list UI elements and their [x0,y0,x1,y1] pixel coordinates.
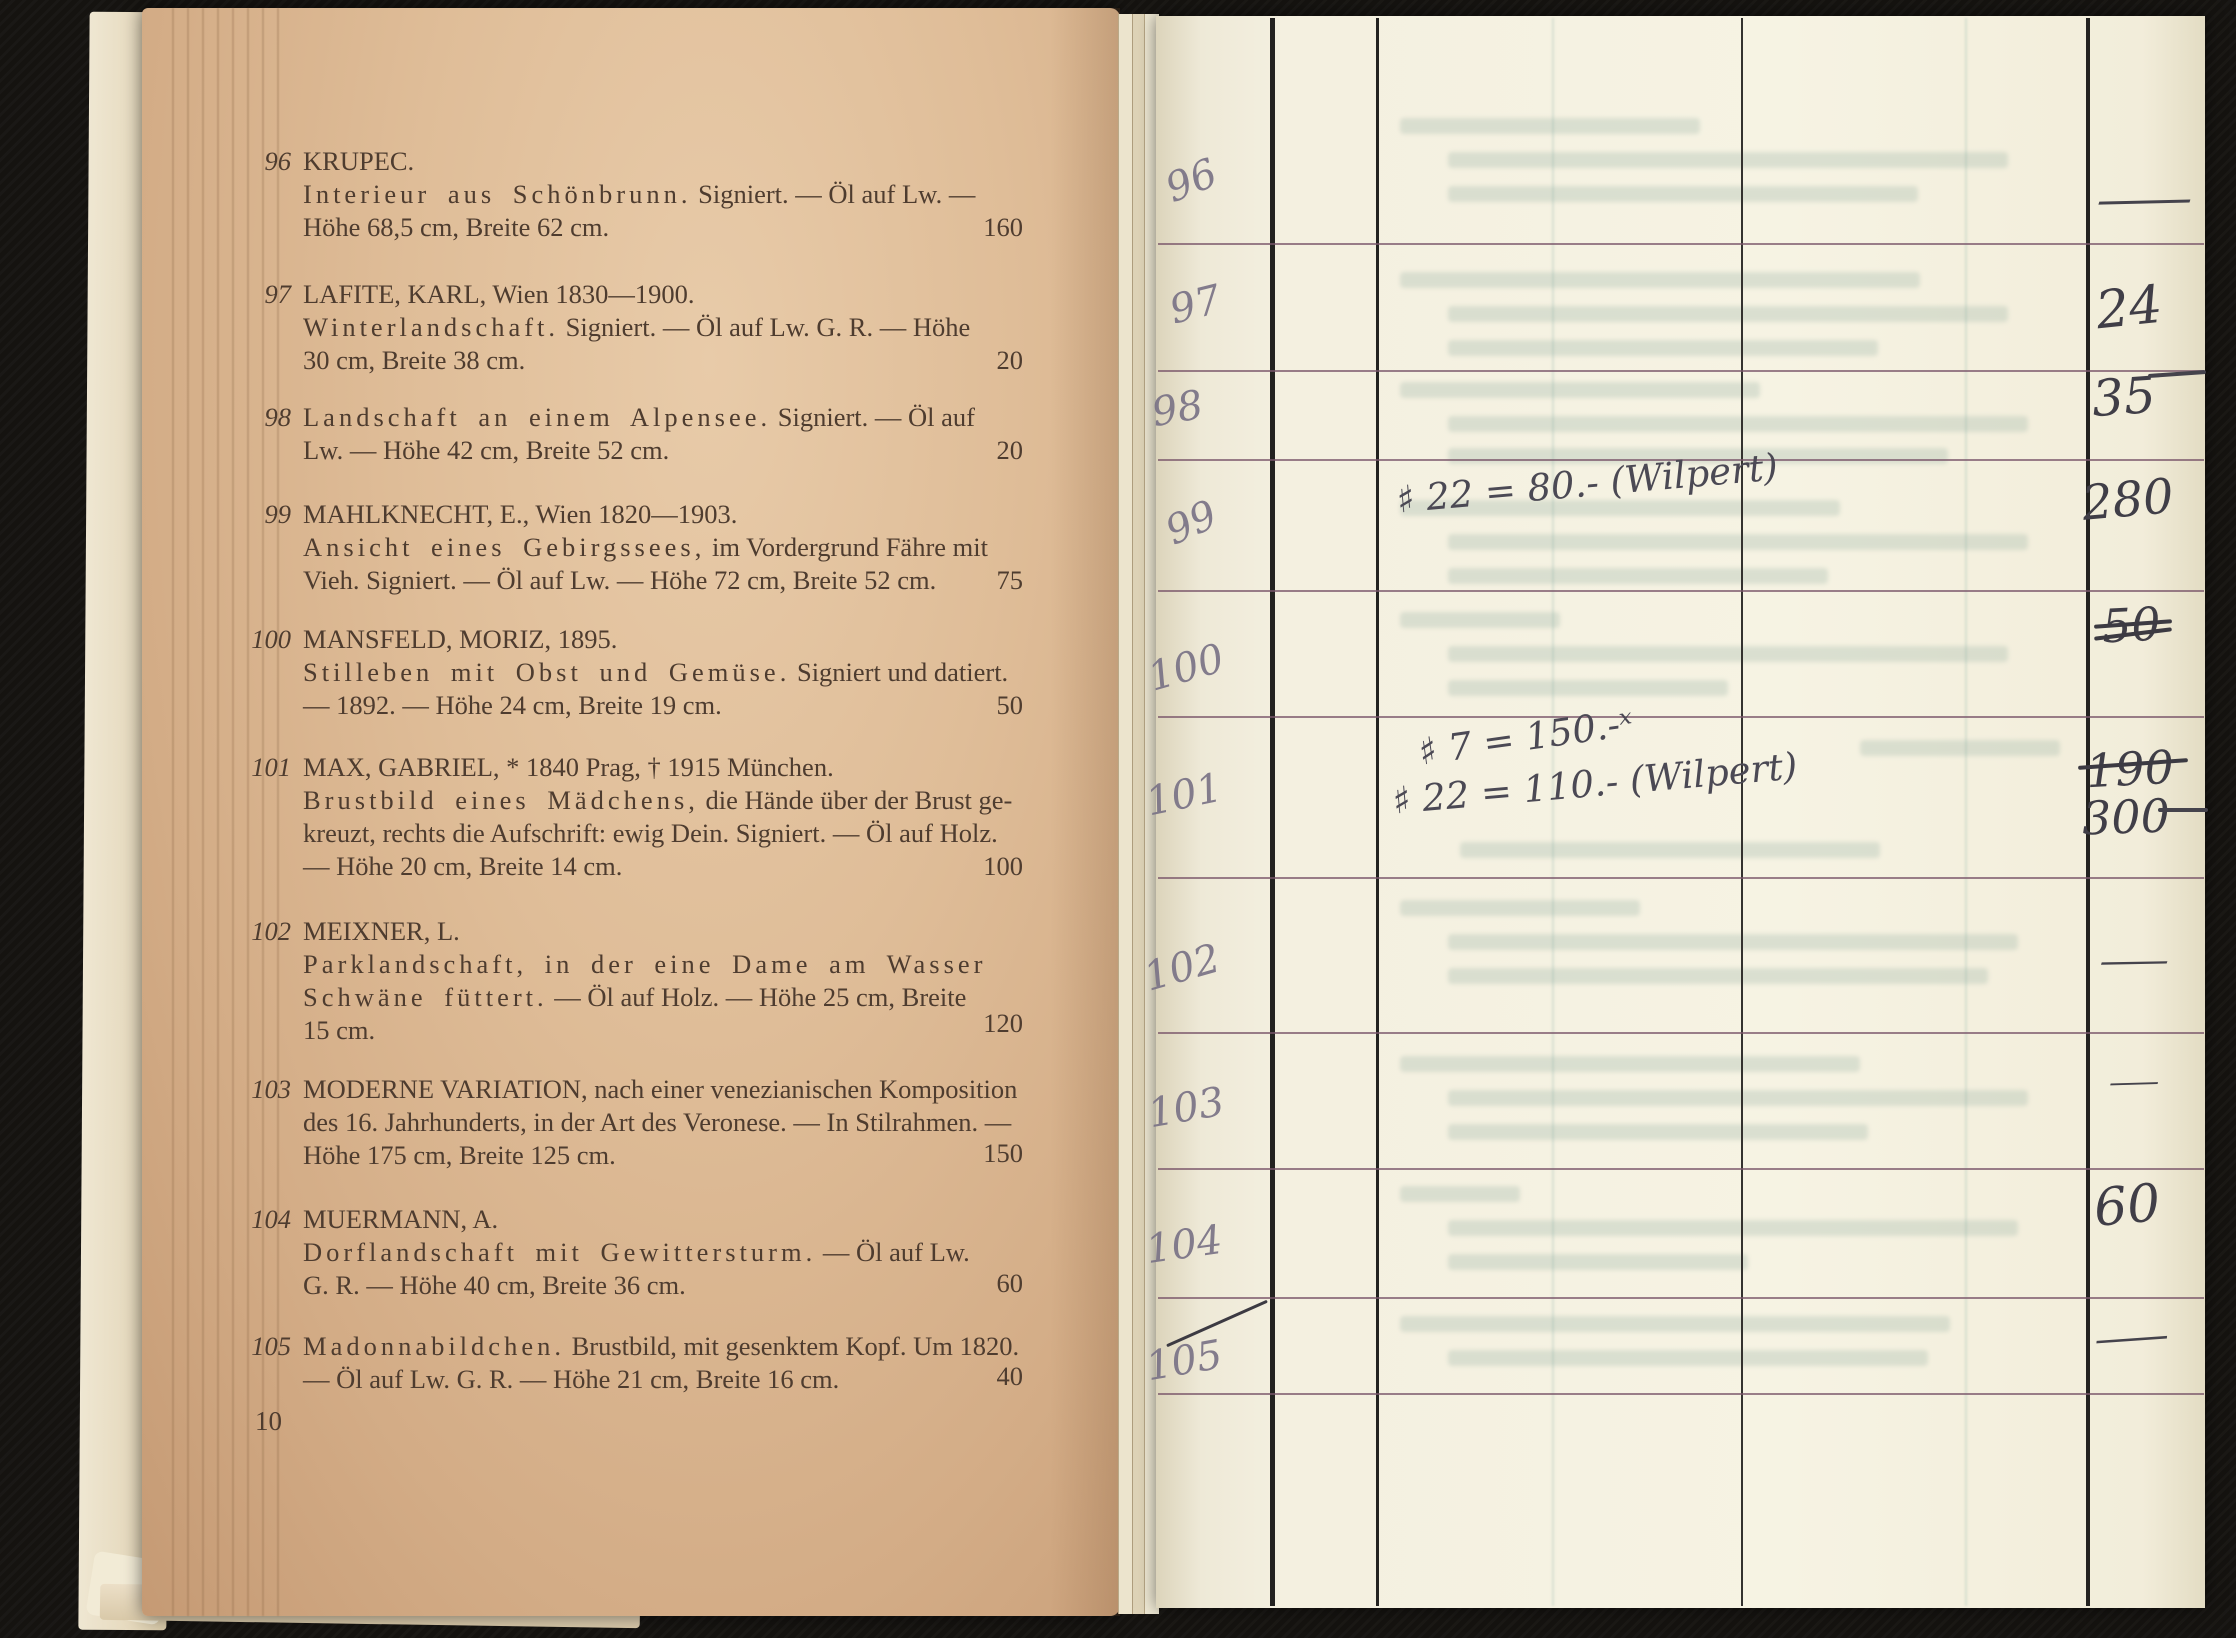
ghost-text-line [1448,534,2028,550]
estimate-price: 20 [997,434,1024,467]
lot-number: 96 [245,145,291,178]
gutter-shadow [1050,8,1120,1616]
catalog-entry-103: 103 MODERNE VARIATION, nach einer venezi… [245,1073,1023,1172]
estimate-price: 60 [997,1267,1024,1300]
ledger-row-rule [1158,716,2204,718]
estimate-price: 40 [997,1360,1024,1393]
entry-line: Höhe 68,5 cm, Breite 62 cm. [303,211,1023,244]
ghost-text-line [1448,340,1878,356]
handwritten-lot-98: 98 [1148,382,1206,436]
page-number: 10 [255,1406,282,1437]
ghost-text-line [1400,1316,1950,1332]
ghost-text-line [1448,1090,2028,1106]
ledger-row-rule [1158,1393,2204,1395]
handwritten-result-101: 300 [2081,788,2171,845]
entry-line: 15 cm. [303,1014,1023,1047]
handwritten-result-104: 60 [2092,1173,2163,1239]
entry-heading: MAHLKNECHT, E., Wien 1820—1903. [303,498,1023,531]
estimate-price: 100 [983,850,1023,883]
ghost-text-line [1400,1056,1860,1072]
entry-heading: MAX, GABRIEL, * 1840 Prag, † 1915 Münche… [303,751,1023,784]
estimate-price: 120 [983,1007,1023,1040]
entry-heading: LAFITE, KARL, Wien 1830—1900. [303,278,1023,311]
ghost-text-line [1400,272,1920,288]
ledger-row-rule [1158,243,2204,245]
handwritten-result-99: 280 [2080,468,2176,532]
ghost-text-line [1448,568,1828,584]
lot-number: 101 [245,751,291,784]
lot-number: 103 [245,1073,291,1106]
ledger-page [1156,16,2205,1608]
ghost-text-line [1448,1124,1868,1140]
catalog-entry-101: 101 MAX, GABRIEL, * 1840 Prag, † 1915 Mü… [245,751,1023,883]
catalog-entry-104: 104 MUERMANN, A. Dorflandschaft mit Gewi… [245,1203,1023,1302]
ghost-text-line [1400,118,1700,134]
lot-number: 105 [245,1330,291,1363]
ghost-text-line [1448,646,2008,662]
entry-line: Schwäne füttert. — Öl auf Holz. — Höhe 2… [303,981,1023,1014]
ghost-rule-vertical [1552,18,1554,1606]
ghost-text-line [1448,306,2008,322]
entry-line: Dorflandschaft mit Gewittersturm. — Öl a… [303,1236,1023,1269]
ghost-text-line [1860,740,2060,756]
ghost-text-line [1400,900,1640,916]
ghost-text-line [1448,968,1988,984]
entry-line: Landschaft an einem Alpensee. Signiert. … [303,401,1023,434]
estimate-price: 75 [997,564,1024,597]
entry-line: Madonnabildchen. Brustbild, mit gesenkte… [303,1330,1023,1363]
lot-number: 97 [245,278,291,311]
entry-line: kreuzt, rechts die Aufschrift: ewig Dein… [303,817,1023,850]
lot-number: 102 [245,915,291,948]
entry-line: Vieh. Signiert. — Öl auf Lw. — Höhe 72 c… [303,564,1023,597]
ledger-row-rule [1158,370,2204,372]
handwritten-result-96-dash: — [2091,171,2197,226]
entry-line: des 16. Jahrhunderts, in der Art des Ver… [303,1106,1023,1139]
ghost-text-line [1400,1186,1520,1202]
ghost-text-line [1400,382,1760,398]
ledger-row-rule [1158,1297,2204,1299]
ledger-column-rule [1741,18,1743,1606]
entry-line: Interieur aus Schönbrunn. Signiert. — Öl… [303,178,1023,211]
ghost-text-line [1448,416,2028,432]
lot-number: 98 [245,401,291,434]
book-scan: 96 KRUPEC. Interieur aus Schönbrunn. Sig… [0,0,2236,1638]
catalog-entry-98: 98 Landschaft an einem Alpensee. Signier… [245,401,1023,467]
entry-line: Brustbild eines Mädchens, die Hände über… [303,784,1023,817]
ghost-text-line [1448,934,2018,950]
ghost-text-line [1448,680,1728,696]
estimate-price: 150 [983,1137,1023,1170]
pen-flourish [2158,808,2208,812]
catalog-entry-102: 102 MEIXNER, L. Parklandschaft, in der e… [245,915,1023,1047]
entry-line: — Öl auf Lw. G. R. — Höhe 21 cm, Breite … [303,1363,1023,1396]
ghost-rule-vertical [1965,18,1967,1606]
catalog-entry-96: 96 KRUPEC. Interieur aus Schönbrunn. Sig… [245,145,1023,244]
lot-number: 100 [245,623,291,656]
ghost-text-line [1400,612,1560,628]
ledger-row-rule [1158,1032,2204,1034]
entry-line: 30 cm, Breite 38 cm. [303,344,1023,377]
catalog-entry-100: 100 MANSFELD, MORIZ, 1895. Stilleben mit… [245,623,1023,722]
entry-line: G. R. — Höhe 40 cm, Breite 36 cm. [303,1269,1023,1302]
estimate-price: 20 [997,344,1024,377]
ghost-text-line [1448,1254,1748,1270]
catalog-entry-105: 105 Madonnabildchen. Brustbild, mit gese… [245,1330,1023,1396]
lot-number: 104 [245,1203,291,1236]
entry-line: — 1892. — Höhe 24 cm, Breite 19 cm. [303,689,1023,722]
handwritten-result-105-dash: — [2086,1312,2176,1362]
estimate-price: 50 [997,689,1024,722]
estimate-price: 160 [983,211,1023,244]
ghost-text-line [1448,1220,2018,1236]
entry-heading: MUERMANN, A. [303,1203,1023,1236]
entry-line: Parklandschaft, in der eine Dame am Wass… [303,948,1023,981]
catalog-entry-97: 97 LAFITE, KARL, Wien 1830—1900. Winterl… [245,278,1023,377]
entry-heading: KRUPEC. [303,145,1023,178]
ghost-text-line [1460,842,1880,858]
ledger-row-rule [1158,877,2204,879]
ledger-row-rule [1158,590,2204,592]
ledger-column-rule [1376,18,1379,1606]
entry-line: Höhe 175 cm, Breite 125 cm. [303,1139,1023,1172]
ghost-text-line [1448,152,2008,168]
entry-line: MODERNE VARIATION, nach einer venezianis… [303,1073,1023,1106]
entry-line: — Höhe 20 cm, Breite 14 cm. [303,850,1023,883]
entry-heading: MANSFELD, MORIZ, 1895. [303,623,1023,656]
handwritten-result-102-dash: — [2097,938,2172,981]
ledger-row-rule [1158,1168,2204,1170]
lot-number: 99 [245,498,291,531]
handwritten-result-103-dash: — [2106,1065,2161,1099]
ghost-text-line [1448,1350,1928,1366]
handwritten-result-97: 24 [2093,275,2165,342]
fore-edge-strip [1118,14,1133,1614]
catalog-entry-99: 99 MAHLKNECHT, E., Wien 1820—1903. Ansic… [245,498,1023,597]
entry-line: Lw. — Höhe 42 cm, Breite 52 cm. [303,434,1023,467]
entry-line: Ansicht eines Gebirgssees, im Vordergrun… [303,531,1023,564]
ledger-column-rule [1270,18,1275,1606]
entry-line: Stilleben mit Obst und Gemüse. Signiert … [303,656,1023,689]
entry-line: Winterlandschaft. Signiert. — Öl auf Lw.… [303,311,1023,344]
entry-heading: MEIXNER, L. [303,915,1023,948]
ghost-text-line [1448,186,1918,202]
